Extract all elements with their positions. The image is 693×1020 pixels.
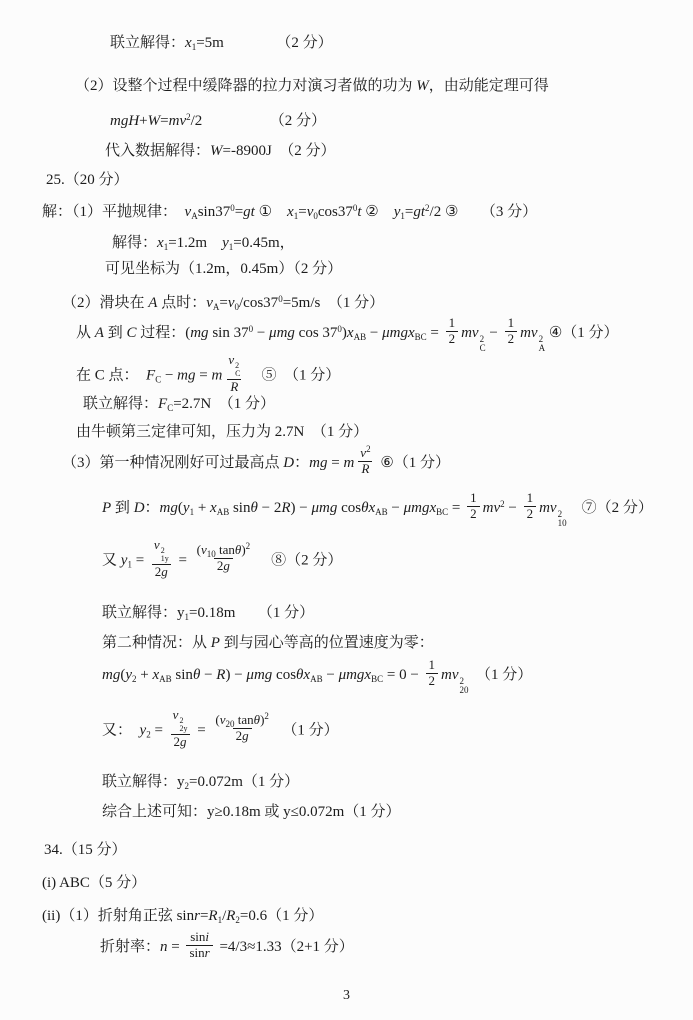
text-line: （2）滑块在 A 点时：vA=v0/cos370=5m/s （1 分）	[62, 293, 384, 313]
text-line: 由牛顿第三定律可知，压力为 2.7N （1 分）	[76, 422, 368, 442]
text-line: 第二种情况：从 P 到与园心等高的位置速度为零：	[102, 633, 434, 653]
text-line: 25.（20 分）	[46, 170, 129, 190]
text-line: P 到 D：mg(y1 + xAB sinθ − 2R) − μmg cosθx…	[102, 493, 653, 529]
answer-sheet-page: 联立解得：x1=5m （2 分）（2）设整个过程中缓降器的拉力对演习者做的功为 …	[0, 0, 693, 1020]
text-line: 联立解得：y1=0.18m （1 分）	[102, 603, 314, 623]
text-line: (ii)（1）折射角正弦 sinr=R1/R2=0.6（1 分）	[42, 906, 323, 926]
text-line: (i) ABC（5 分）	[42, 873, 146, 893]
text-line: 34.（15 分）	[44, 840, 127, 860]
page-number: 3	[0, 988, 693, 1004]
text-line: mg(y2 + xAB sinθ − R) − μmg cosθxAB − μm…	[102, 660, 532, 696]
text-line: 解得：x1=1.2m y1=0.45m，	[112, 233, 295, 253]
text-line: 又： y2 = v22y2g = (v20 tanθ)22g （1 分）	[102, 710, 339, 752]
text-line: 联立解得：FC=2.7N （1 分）	[83, 394, 275, 414]
text-line: 折射率：n = sinisinr =4/3≈1.33（2+1 分）	[100, 932, 354, 963]
text-line: 综合上述可知：y≥0.18m 或 y≤0.072m（1 分）	[102, 802, 401, 822]
text-line: mgH+W=mv2/2 （2 分）	[110, 111, 326, 131]
text-line: （2）设整个过程中缓降器的拉力对演习者做的功为 W，由动能定理可得	[75, 76, 549, 96]
text-line: 从 A 到 C 过程：(mg sin 370 − μmg cos 370)xAB…	[76, 318, 619, 354]
text-line: 可见坐标为（1.2m，0.45m）（2 分）	[105, 259, 342, 279]
text-line: 又 y1 = v21y2g = (v10 tanθ)22g ⑧（2 分）	[102, 540, 342, 582]
text-line: 解：（1）平抛规律： vAsin370=gt ① x1=v0cos370t ② …	[42, 202, 537, 222]
text-line: 代入数据解得：W=-8900J （2 分）	[105, 141, 336, 161]
text-line: 联立解得：x1=5m （2 分）	[110, 33, 333, 53]
text-line: 在 C 点： FC − mg = mv2CR ⑤ （1 分）	[76, 355, 340, 397]
text-line: 联立解得：y2=0.072m（1 分）	[102, 772, 299, 792]
text-line: （3）第一种情况刚好可过最高点 D：mg = mv2R ⑥（1 分）	[62, 448, 450, 479]
